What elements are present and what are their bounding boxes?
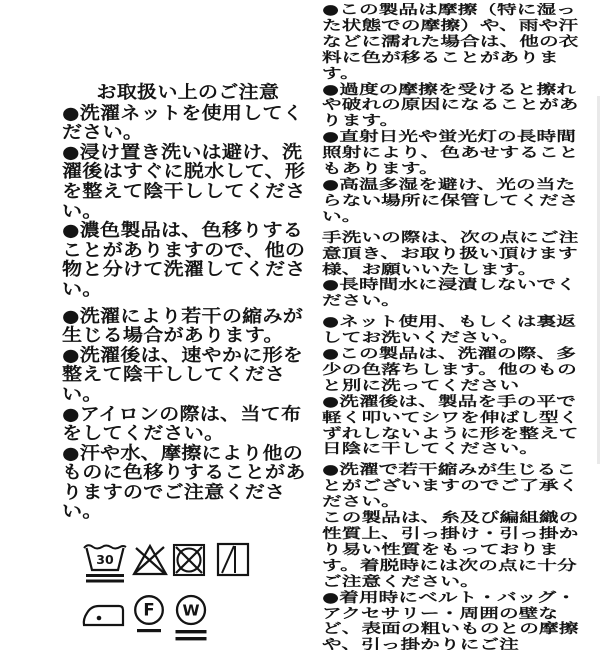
garment-care-label: お取扱い上のご注意 ●洗濯ネットを使用してください。●浸け置き洗いは避け、洗濯後… <box>0 0 600 650</box>
care-instruction-item: ●洗濯後は、製品を手の平で軽く叩いてシワを伸ばし型くずれしないように形を整えて日… <box>322 395 579 459</box>
left-column: お取扱い上のご注意 ●洗濯ネットを使用してください。●浸け置き洗いは避け、洗濯後… <box>62 84 320 642</box>
care-instruction-item: この製品は、糸及び編組織の性質上、引っ掛け・引っ掛かり易い性質をもっております。… <box>322 511 579 591</box>
care-instruction-item: ●汗や水、摩擦により他のものに色移りすることがありますのでご注意ください。 <box>62 445 320 523</box>
do-not-tumble-dry-icon <box>172 542 206 578</box>
right-instructions: ●この製品は摩擦（特に湿った状態での摩擦）や、雨や汗などに濡れた場合は、他の衣料… <box>322 3 579 650</box>
care-instruction-item: ●着用時にベルト・バッグ・アクセサリー・周囲の壁など、表面の粗いものとの摩擦や、… <box>322 591 579 650</box>
iron-low-heat-icon <box>80 597 126 629</box>
right-column: ●この製品は摩擦（特に湿った状態での摩擦）や、雨や汗などに濡れた場合は、他の衣料… <box>322 3 580 650</box>
professional-dry-clean-F-gentle-icon: F <box>132 593 166 634</box>
care-instruction-item: ●浸け置き洗いは避け、洗濯後はすぐに脱水して、形を整えて陰干ししてください。 <box>62 144 320 222</box>
wash-30C-very-gentle-icon: 30 <box>82 541 128 584</box>
wash-temperature-label: 30 <box>96 552 114 567</box>
left-instructions: ●洗濯ネットを使用してください。●浸け置き洗いは避け、洗濯後はすぐに脱水して、形… <box>62 105 320 523</box>
care-instruction-item: ●長時間水に浸漬しないでください。 <box>322 278 579 310</box>
professional-wet-clean-W-very-gentle-icon: W <box>172 593 210 642</box>
care-instruction-item: 手洗いの際は、次の点にご注意頂き、お取り扱い頂けます様、お願いいたします。 <box>322 231 579 279</box>
care-instruction-item: ●高温多湿を避け、光の当たらない場所に保管してください。 <box>322 178 579 226</box>
care-instruction-item: ●濃色製品は、色移りすることがありますので、他の物と分けて洗濯してください。 <box>62 222 320 300</box>
care-instruction-item: ●洗濯により若干の縮みが生じる場合があります。 <box>62 308 320 347</box>
wet-clean-letter: W <box>182 602 199 620</box>
care-instruction-item: ●洗濯で若干縮みが生じることがございますのでご了承ください。 <box>322 463 579 511</box>
care-symbol-row-1: 30 <box>62 541 320 584</box>
do-not-bleach-icon <box>132 543 168 577</box>
care-symbol-grid: 30 <box>62 541 320 642</box>
care-instruction-item: ●この製品は摩擦（特に湿った状態での摩擦）や、雨や汗などに濡れた場合は、他の衣料… <box>322 3 579 83</box>
care-instruction-item: ●ネット使用、もしくは裏返してお洗いください。 <box>322 315 579 347</box>
care-instruction-item: ●過度の摩擦を受けると擦れや破れの原因になることがあります。 <box>322 83 579 131</box>
care-instruction-item: ●この製品は、洗濯の際、多少の色落ちします。他のものと別に洗ってください <box>322 347 579 395</box>
care-symbol-row-2: F W <box>62 593 320 642</box>
care-instruction-item: ●洗濯後は、速やかに形を整えて陰干ししてください。 <box>62 347 320 406</box>
care-instruction-item: ●アイロンの際は、当て布をしてください。 <box>62 406 320 445</box>
care-notes-title: お取扱い上のご注意 <box>62 84 320 104</box>
dry-clean-letter: F <box>143 601 154 620</box>
hang-dry-in-shade-icon <box>216 541 250 577</box>
care-instruction-item: ●直射日光や蛍光灯の長時間照射により、色あせすることもあります。 <box>322 130 579 178</box>
care-instruction-item: ●洗濯ネットを使用してください。 <box>62 105 320 144</box>
